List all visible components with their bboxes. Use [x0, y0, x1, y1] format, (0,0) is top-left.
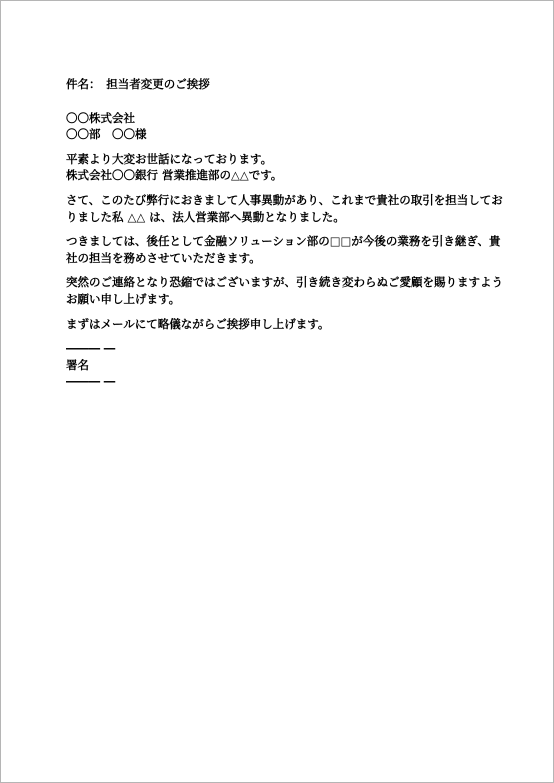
signature-separator-bottom: ――― ―	[66, 373, 511, 390]
closing-block: まずはメールにて略儀ながらご挨拶申し上げます。	[66, 316, 511, 333]
recipient-addressee: 〇〇部 〇〇様	[66, 126, 511, 143]
paragraph-successor-line-2: 社の担当を務めさせていただきます。	[66, 250, 511, 267]
paragraph-transfer-line-2: りました私 △△ は、法人営業部へ異動となりました。	[66, 209, 511, 226]
paragraph-successor-line-1: つきましては、後任として金融ソリューション部の□□が今後の業務を引き継ぎ、貴	[66, 233, 511, 250]
paragraph-request: 突然のご連絡となり恐縮ではございますが、引き続き変わらぬご愛顧を賜りますよう お…	[66, 274, 511, 307]
subject-block: 件名： 担当者変更のご挨拶	[66, 76, 511, 93]
closing-line: まずはメールにて略儀ながらご挨拶申し上げます。	[66, 316, 511, 333]
paragraph-transfer-line-1: さて、このたび弊行におきまして人事異動があり、これまで貴社の取引を担当してお	[66, 192, 511, 209]
email-document-page: 件名： 担当者変更のご挨拶 〇〇株式会社 〇〇部 〇〇様 平素より大変お世話にな…	[0, 0, 554, 783]
paragraph-request-line-2: お願い申し上げます。	[66, 291, 511, 308]
paragraph-request-line-1: 突然のご連絡となり恐縮ではございますが、引き続き変わらぬご愛顧を賜りますよう	[66, 274, 511, 291]
signature-block: ――― ― 署名 ――― ―	[66, 340, 511, 390]
recipient-block: 〇〇株式会社 〇〇部 〇〇様	[66, 110, 511, 143]
greeting-block: 平素より大変お世話になっております。 株式会社〇〇銀行 営業推進部の△△です。	[66, 151, 511, 184]
recipient-company: 〇〇株式会社	[66, 110, 511, 127]
subject-line: 件名： 担当者変更のご挨拶	[66, 76, 511, 93]
paragraph-successor: つきましては、後任として金融ソリューション部の□□が今後の業務を引き継ぎ、貴 社…	[66, 233, 511, 266]
signature-label: 署名	[66, 357, 511, 374]
paragraph-transfer: さて、このたび弊行におきまして人事異動があり、これまで貴社の取引を担当してお り…	[66, 192, 511, 225]
greeting-line-2: 株式会社〇〇銀行 営業推進部の△△です。	[66, 167, 511, 184]
signature-separator-top: ――― ―	[66, 340, 511, 357]
greeting-line-1: 平素より大変お世話になっております。	[66, 151, 511, 168]
